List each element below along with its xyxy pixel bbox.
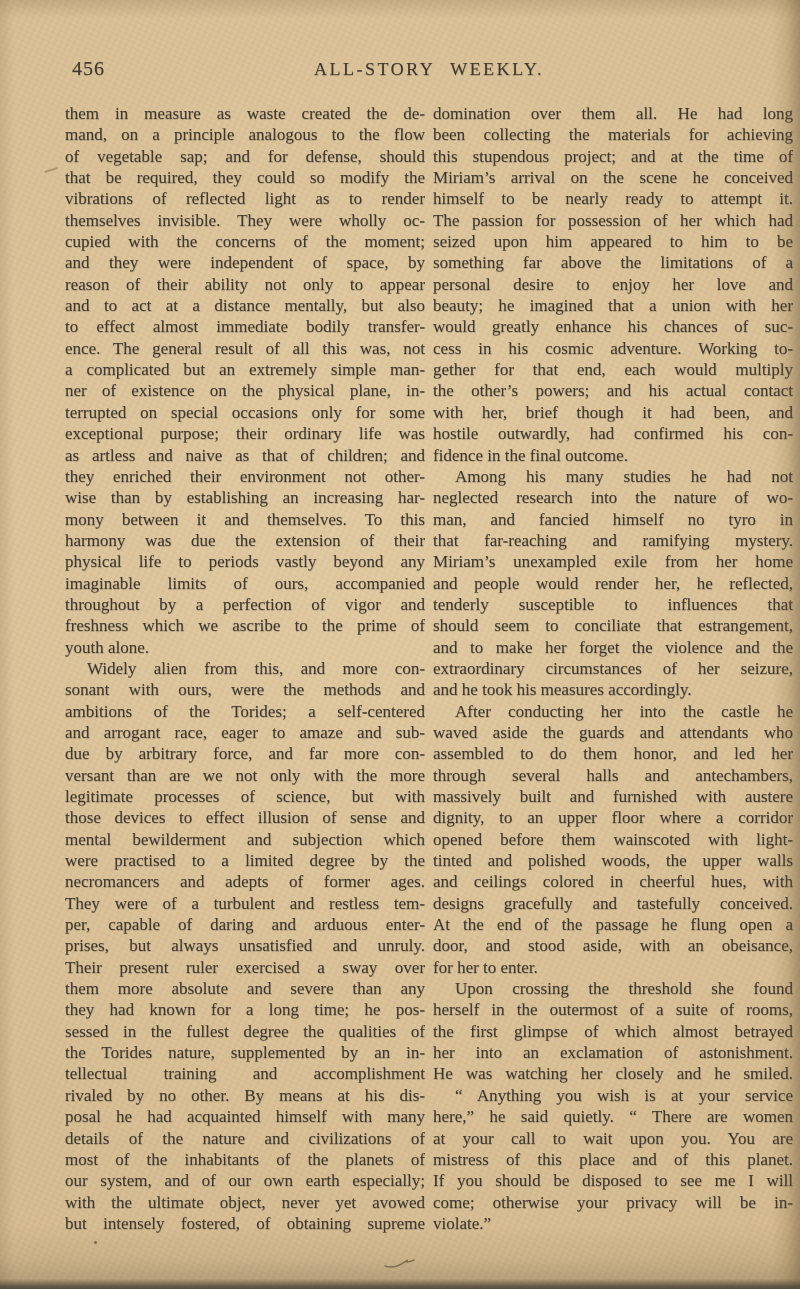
text-line: posal he had acquainted himself with man… [65, 1106, 425, 1127]
text-line: fidence in the final outcome. [433, 445, 793, 466]
text-line: them more absolute and severe than any [65, 978, 425, 999]
text-line: most of the inhabitants of the planets o… [65, 1149, 425, 1170]
text-line: our system, and of our own earth especia… [65, 1170, 425, 1191]
text-line: of vegetable sap; and for defense, shoul… [65, 146, 425, 167]
text-line: for her to enter. [433, 957, 793, 978]
text-line: should seem to conciliate that estrangem… [433, 615, 793, 636]
text-line: terrupted on special occasions only for … [65, 402, 425, 423]
text-line: dignity, to an upper floor where a corri… [433, 807, 793, 828]
text-line: Their present ruler exercised a sway ove… [65, 957, 425, 978]
text-line: hostile outwardly, had confirmed his con… [433, 423, 793, 444]
text-line: tenderly susceptible to influences that [433, 594, 793, 615]
text-line: been collecting the materials for achiev… [433, 124, 793, 145]
text-line: and people would render her, he reflecte… [433, 573, 793, 594]
text-line: ence. The general result of all this was… [65, 338, 425, 359]
column-right: domination over them all. He had longbee… [433, 103, 793, 1234]
text-line: sonant with ours, were the methods and [65, 679, 425, 700]
text-line: violate.” [433, 1213, 793, 1234]
text-line: mand, on a principle analogous to the fl… [65, 124, 425, 145]
text-line: neglected research into the nature of wo… [433, 487, 793, 508]
text-line: Miriam’s arrival on the scene he conceiv… [433, 167, 793, 188]
text-line: and they were independent of space, by [65, 252, 425, 273]
text-line: would greatly enhance his chances of suc… [433, 316, 793, 337]
text-line: cupied with the concerns of the moment; [65, 231, 425, 252]
text-line: youth alone. [65, 637, 425, 658]
text-line: tinted and polished woods, the upper wal… [433, 850, 793, 871]
text-line: seized upon him appeared to him to be [433, 231, 793, 252]
text-line: versant than are we not only with the mo… [65, 765, 425, 786]
ink-speck [94, 1241, 97, 1244]
text-line: with her, brief though it had been, and [433, 402, 793, 423]
running-head: 456 ALL-STORY WEEKLY. [65, 58, 793, 84]
text-line: physical life to periods vastly beyond a… [65, 551, 425, 572]
text-line: Among his many studies he had not [433, 466, 793, 487]
text-line: and to act at a distance mentally, but a… [65, 295, 425, 316]
text-line: to effect almost immediate bodily transf… [65, 316, 425, 337]
text-line: domination over them all. He had long [433, 103, 793, 124]
text-line: themselves invisible. They were wholly o… [65, 210, 425, 231]
text-line: were practised to a limited degree by th… [65, 850, 425, 871]
magazine-page: 456 ALL-STORY WEEKLY. them in measure as… [0, 0, 800, 1289]
text-line: prises, but always unsatisfied and unrul… [65, 935, 425, 956]
text-line: through several halls and antechambers, [433, 765, 793, 786]
text-line: mental bewilderment and subjection which [65, 829, 425, 850]
text-line: At the end of the passage he flung open … [433, 914, 793, 935]
text-line: tellectual training and accomplishment [65, 1063, 425, 1084]
text-line: harmony was due the extension of their [65, 530, 425, 551]
text-line: The passion for possession of her which … [433, 210, 793, 231]
text-line: They were of a turbulent and restless te… [65, 893, 425, 914]
column-left: them in measure as waste created the de-… [65, 103, 425, 1234]
text-line: and ceilings colored in cheerful hues, w… [433, 871, 793, 892]
text-line: as artless and naive as that of children… [65, 445, 425, 466]
text-line: something far above the limitations of a [433, 252, 793, 273]
text-line: here,” he said quietly. “ There are wome… [433, 1106, 793, 1127]
text-line: the first glimpse of which almost betray… [433, 1021, 793, 1042]
text-line: Miriam’s unexampled exile from her home [433, 551, 793, 572]
top-edge-shadow [0, 0, 800, 18]
text-line: extraordinary circumstances of her seizu… [433, 658, 793, 679]
text-line: wise than by establishing an increasing … [65, 487, 425, 508]
text-columns: them in measure as waste created the de-… [65, 103, 793, 1234]
text-line: her into an exclamation of astonishment. [433, 1042, 793, 1063]
text-line: freshness which we ascribe to the prime … [65, 615, 425, 636]
text-line: Upon crossing the threshold she found [433, 978, 793, 999]
text-line: rivaled by no other. By means at his dis… [65, 1085, 425, 1106]
text-line: herself in the outermost of a suite of r… [433, 999, 793, 1020]
text-line: and arrogant race, eager to amaze and su… [65, 722, 425, 743]
text-line: ner of existence on the physical plane, … [65, 380, 425, 401]
text-line: gether for that end, each would multiply [433, 359, 793, 380]
text-line: and he took his measures accordingly. [433, 679, 793, 700]
text-line: sessed in the fullest degree the qualiti… [65, 1021, 425, 1042]
text-line: designs gracefully and tastefully concei… [433, 893, 793, 914]
text-line: necromancers and adepts of former ages. [65, 871, 425, 892]
text-line: reason of their ability not only to appe… [65, 274, 425, 295]
text-line: ambitions of the Torides; a self-centere… [65, 701, 425, 722]
text-line: the other’s powers; and his actual conta… [433, 380, 793, 401]
text-line: those devices to effect illusion of sens… [65, 807, 425, 828]
text-line: throughout by a perfection of vigor and [65, 594, 425, 615]
margin-mark [44, 167, 58, 173]
text-line: details of the nature and civilizations … [65, 1128, 425, 1149]
text-line: that be required, they could so modify t… [65, 167, 425, 188]
text-line: due by arbitrary force, and far more con… [65, 743, 425, 764]
text-line: at your call to wait upon you. You are [433, 1128, 793, 1149]
text-line: If you should be disposed to see me I wi… [433, 1170, 793, 1191]
text-line: cess in his cosmic adventure. Working to… [433, 338, 793, 359]
text-line: himself to be nearly ready to attempt it… [433, 188, 793, 209]
text-line: man, and fancied himself no tyro in [433, 509, 793, 530]
text-line: Widely alien from this, and more con- [65, 658, 425, 679]
text-line: He was watching her closely and he smile… [433, 1063, 793, 1084]
text-line: mistress of this place and of this plane… [433, 1149, 793, 1170]
text-line: per, capable of daring and arduous enter… [65, 914, 425, 935]
text-line: mony between it and themselves. To this [65, 509, 425, 530]
text-line: “ Anything you wish is at your service [433, 1085, 793, 1106]
page-title: ALL-STORY WEEKLY. [65, 59, 793, 80]
text-line: imaginable limits of ours, accompanied [65, 573, 425, 594]
text-line: massively built and furnished with auste… [433, 786, 793, 807]
text-line: opened before them wainscoted with light… [433, 829, 793, 850]
text-line: them in measure as waste created the de- [65, 103, 425, 124]
left-edge-shadow [0, 0, 14, 1289]
text-line: but intensely fostered, of obtaining sup… [65, 1213, 425, 1234]
text-line: legitimate processes of science, but wit… [65, 786, 425, 807]
text-line: that far-reaching and ramifying mystery. [433, 530, 793, 551]
text-line: personal desire to enjoy her love and [433, 274, 793, 295]
text-line: beauty; he imagined that a union with he… [433, 295, 793, 316]
pen-squiggle-mark [383, 1255, 417, 1271]
text-line: this stupendous project; and at the time… [433, 146, 793, 167]
text-line: with the ultimate object, never yet avow… [65, 1192, 425, 1213]
text-line: they enriched their environment not othe… [65, 466, 425, 487]
text-line: they had known for a long time; he pos- [65, 999, 425, 1020]
text-line: and to make her forget the violence and … [433, 637, 793, 658]
text-line: After conducting her into the castle he [433, 701, 793, 722]
text-line: the Torides nature, supplemented by an i… [65, 1042, 425, 1063]
text-line: assembled to do them honor, and led her [433, 743, 793, 764]
text-line: a complicated but an extremely simple ma… [65, 359, 425, 380]
text-line: door, and stood aside, with an obeisance… [433, 935, 793, 956]
text-line: come; otherwise your privacy will be in- [433, 1192, 793, 1213]
text-line: exceptional purpose; their ordinary life… [65, 423, 425, 444]
text-line: waved aside the guards and attendants wh… [433, 722, 793, 743]
text-line: vibrations of reflected light as to rend… [65, 188, 425, 209]
